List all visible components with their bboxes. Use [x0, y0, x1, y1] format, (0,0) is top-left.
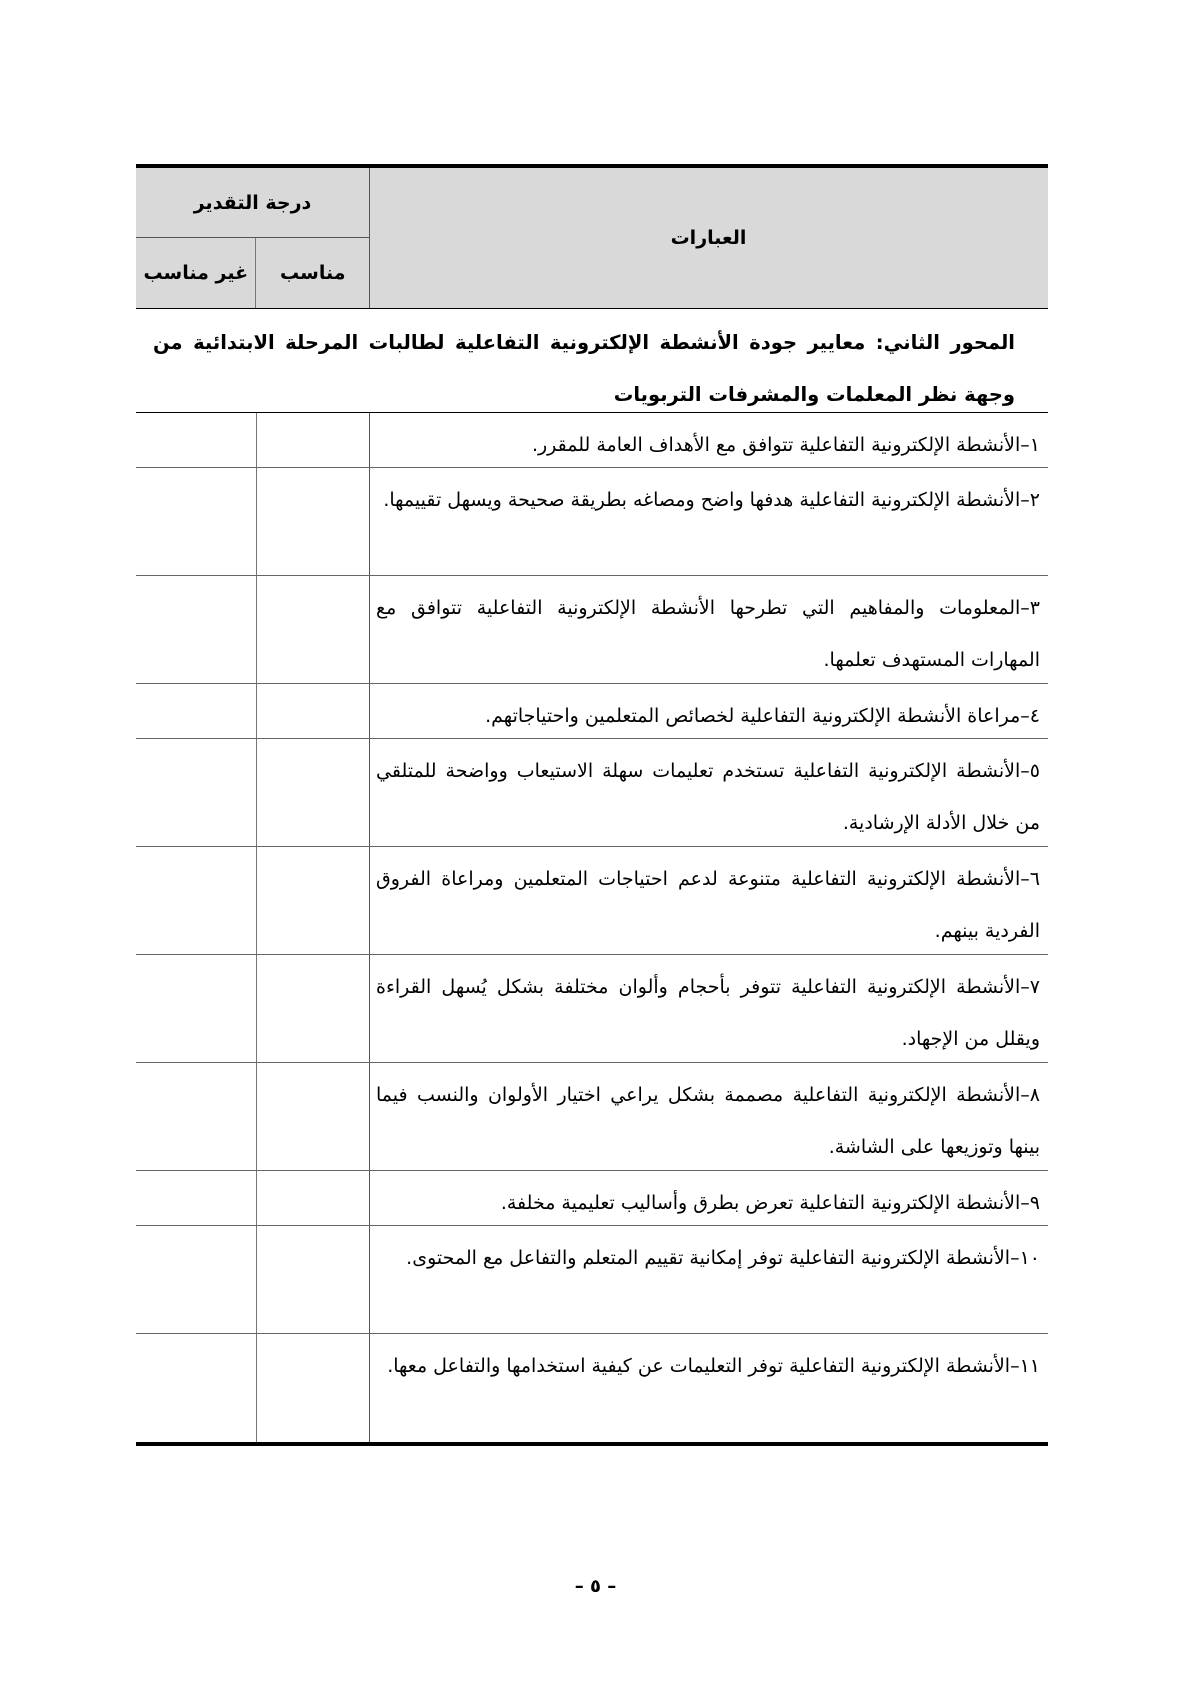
suitable-cell[interactable] — [256, 955, 369, 1062]
statement-cell: ٧–الأنشطة الإلكترونية التفاعلية تتوفر بأ… — [369, 955, 1048, 1062]
unsuitable-cell[interactable] — [136, 413, 256, 467]
statement-cell: ٢–الأنشطة الإلكترونية التفاعلية هدفها وا… — [369, 468, 1048, 575]
unsuitable-cell[interactable] — [136, 739, 256, 846]
header-suitable: مناسب — [255, 238, 369, 308]
table-row: ١–الأنشطة الإلكترونية التفاعلية تتوافق م… — [136, 413, 1048, 468]
suitable-cell[interactable] — [256, 413, 369, 467]
table-row: ٥–الأنشطة الإلكترونية التفاعلية تستخدم ت… — [136, 739, 1048, 847]
table-row: ٧–الأنشطة الإلكترونية التفاعلية تتوفر بأ… — [136, 955, 1048, 1063]
header-rating-group: درجة التقدير مناسب غير مناسب — [136, 168, 370, 308]
evaluation-table: العبارات درجة التقدير مناسب غير مناسب ال… — [136, 164, 1048, 1446]
table-header: العبارات درجة التقدير مناسب غير مناسب — [136, 168, 1048, 309]
statement-cell: ١١–الأنشطة الإلكترونية التفاعلية توفر ال… — [369, 1334, 1048, 1442]
suitable-cell[interactable] — [256, 684, 369, 738]
suitable-cell[interactable] — [256, 1171, 369, 1225]
suitable-cell[interactable] — [256, 1334, 369, 1442]
table-row: ٤–مراعاة الأنشطة الإلكترونية التفاعلية ل… — [136, 684, 1048, 739]
unsuitable-cell[interactable] — [136, 576, 256, 683]
table-row: ١٠–الأنشطة الإلكترونية التفاعلية توفر إم… — [136, 1226, 1048, 1334]
suitable-cell[interactable] — [256, 576, 369, 683]
unsuitable-cell[interactable] — [136, 1171, 256, 1225]
suitable-cell[interactable] — [256, 739, 369, 846]
unsuitable-cell[interactable] — [136, 1334, 256, 1442]
suitable-cell[interactable] — [256, 847, 369, 954]
unsuitable-cell[interactable] — [136, 955, 256, 1062]
statement-cell: ٩–الأنشطة الإلكترونية التفاعلية تعرض بطر… — [369, 1171, 1048, 1225]
suitable-cell[interactable] — [256, 1063, 369, 1170]
table-row: ٣–المعلومات والمفاهيم التي تطرحها الأنشط… — [136, 576, 1048, 684]
table-row: ٨–الأنشطة الإلكترونية التفاعلية مصممة بش… — [136, 1063, 1048, 1171]
table-row: ٦–الأنشطة الإلكترونية التفاعلية متنوعة ل… — [136, 847, 1048, 955]
statement-cell: ٣–المعلومات والمفاهيم التي تطرحها الأنشط… — [369, 576, 1048, 683]
header-statements: العبارات — [369, 168, 1048, 308]
table-row: ١١–الأنشطة الإلكترونية التفاعلية توفر ال… — [136, 1334, 1048, 1442]
page-number: – ٥ – — [0, 1576, 1191, 1597]
statement-cell: ١–الأنشطة الإلكترونية التفاعلية تتوافق م… — [369, 413, 1048, 467]
statement-cell: ٥–الأنشطة الإلكترونية التفاعلية تستخدم ت… — [369, 739, 1048, 846]
unsuitable-cell[interactable] — [136, 684, 256, 738]
unsuitable-cell[interactable] — [136, 847, 256, 954]
section-heading: المحور الثاني: معايير جودة الأنشطة الإلك… — [136, 309, 1048, 413]
unsuitable-cell[interactable] — [136, 1063, 256, 1170]
suitable-cell[interactable] — [256, 1226, 369, 1333]
header-rating-options: مناسب غير مناسب — [136, 238, 369, 308]
table-row: ٢–الأنشطة الإلكترونية التفاعلية هدفها وا… — [136, 468, 1048, 576]
statement-cell: ١٠–الأنشطة الإلكترونية التفاعلية توفر إم… — [369, 1226, 1048, 1333]
header-rating-title: درجة التقدير — [136, 168, 369, 238]
table-row: ٩–الأنشطة الإلكترونية التفاعلية تعرض بطر… — [136, 1171, 1048, 1226]
statement-cell: ٨–الأنشطة الإلكترونية التفاعلية مصممة بش… — [369, 1063, 1048, 1170]
unsuitable-cell[interactable] — [136, 468, 256, 575]
statement-cell: ٤–مراعاة الأنشطة الإلكترونية التفاعلية ل… — [369, 684, 1048, 738]
header-unsuitable: غير مناسب — [136, 238, 255, 308]
suitable-cell[interactable] — [256, 468, 369, 575]
document-page: العبارات درجة التقدير مناسب غير مناسب ال… — [0, 0, 1191, 1684]
statement-cell: ٦–الأنشطة الإلكترونية التفاعلية متنوعة ل… — [369, 847, 1048, 954]
unsuitable-cell[interactable] — [136, 1226, 256, 1333]
